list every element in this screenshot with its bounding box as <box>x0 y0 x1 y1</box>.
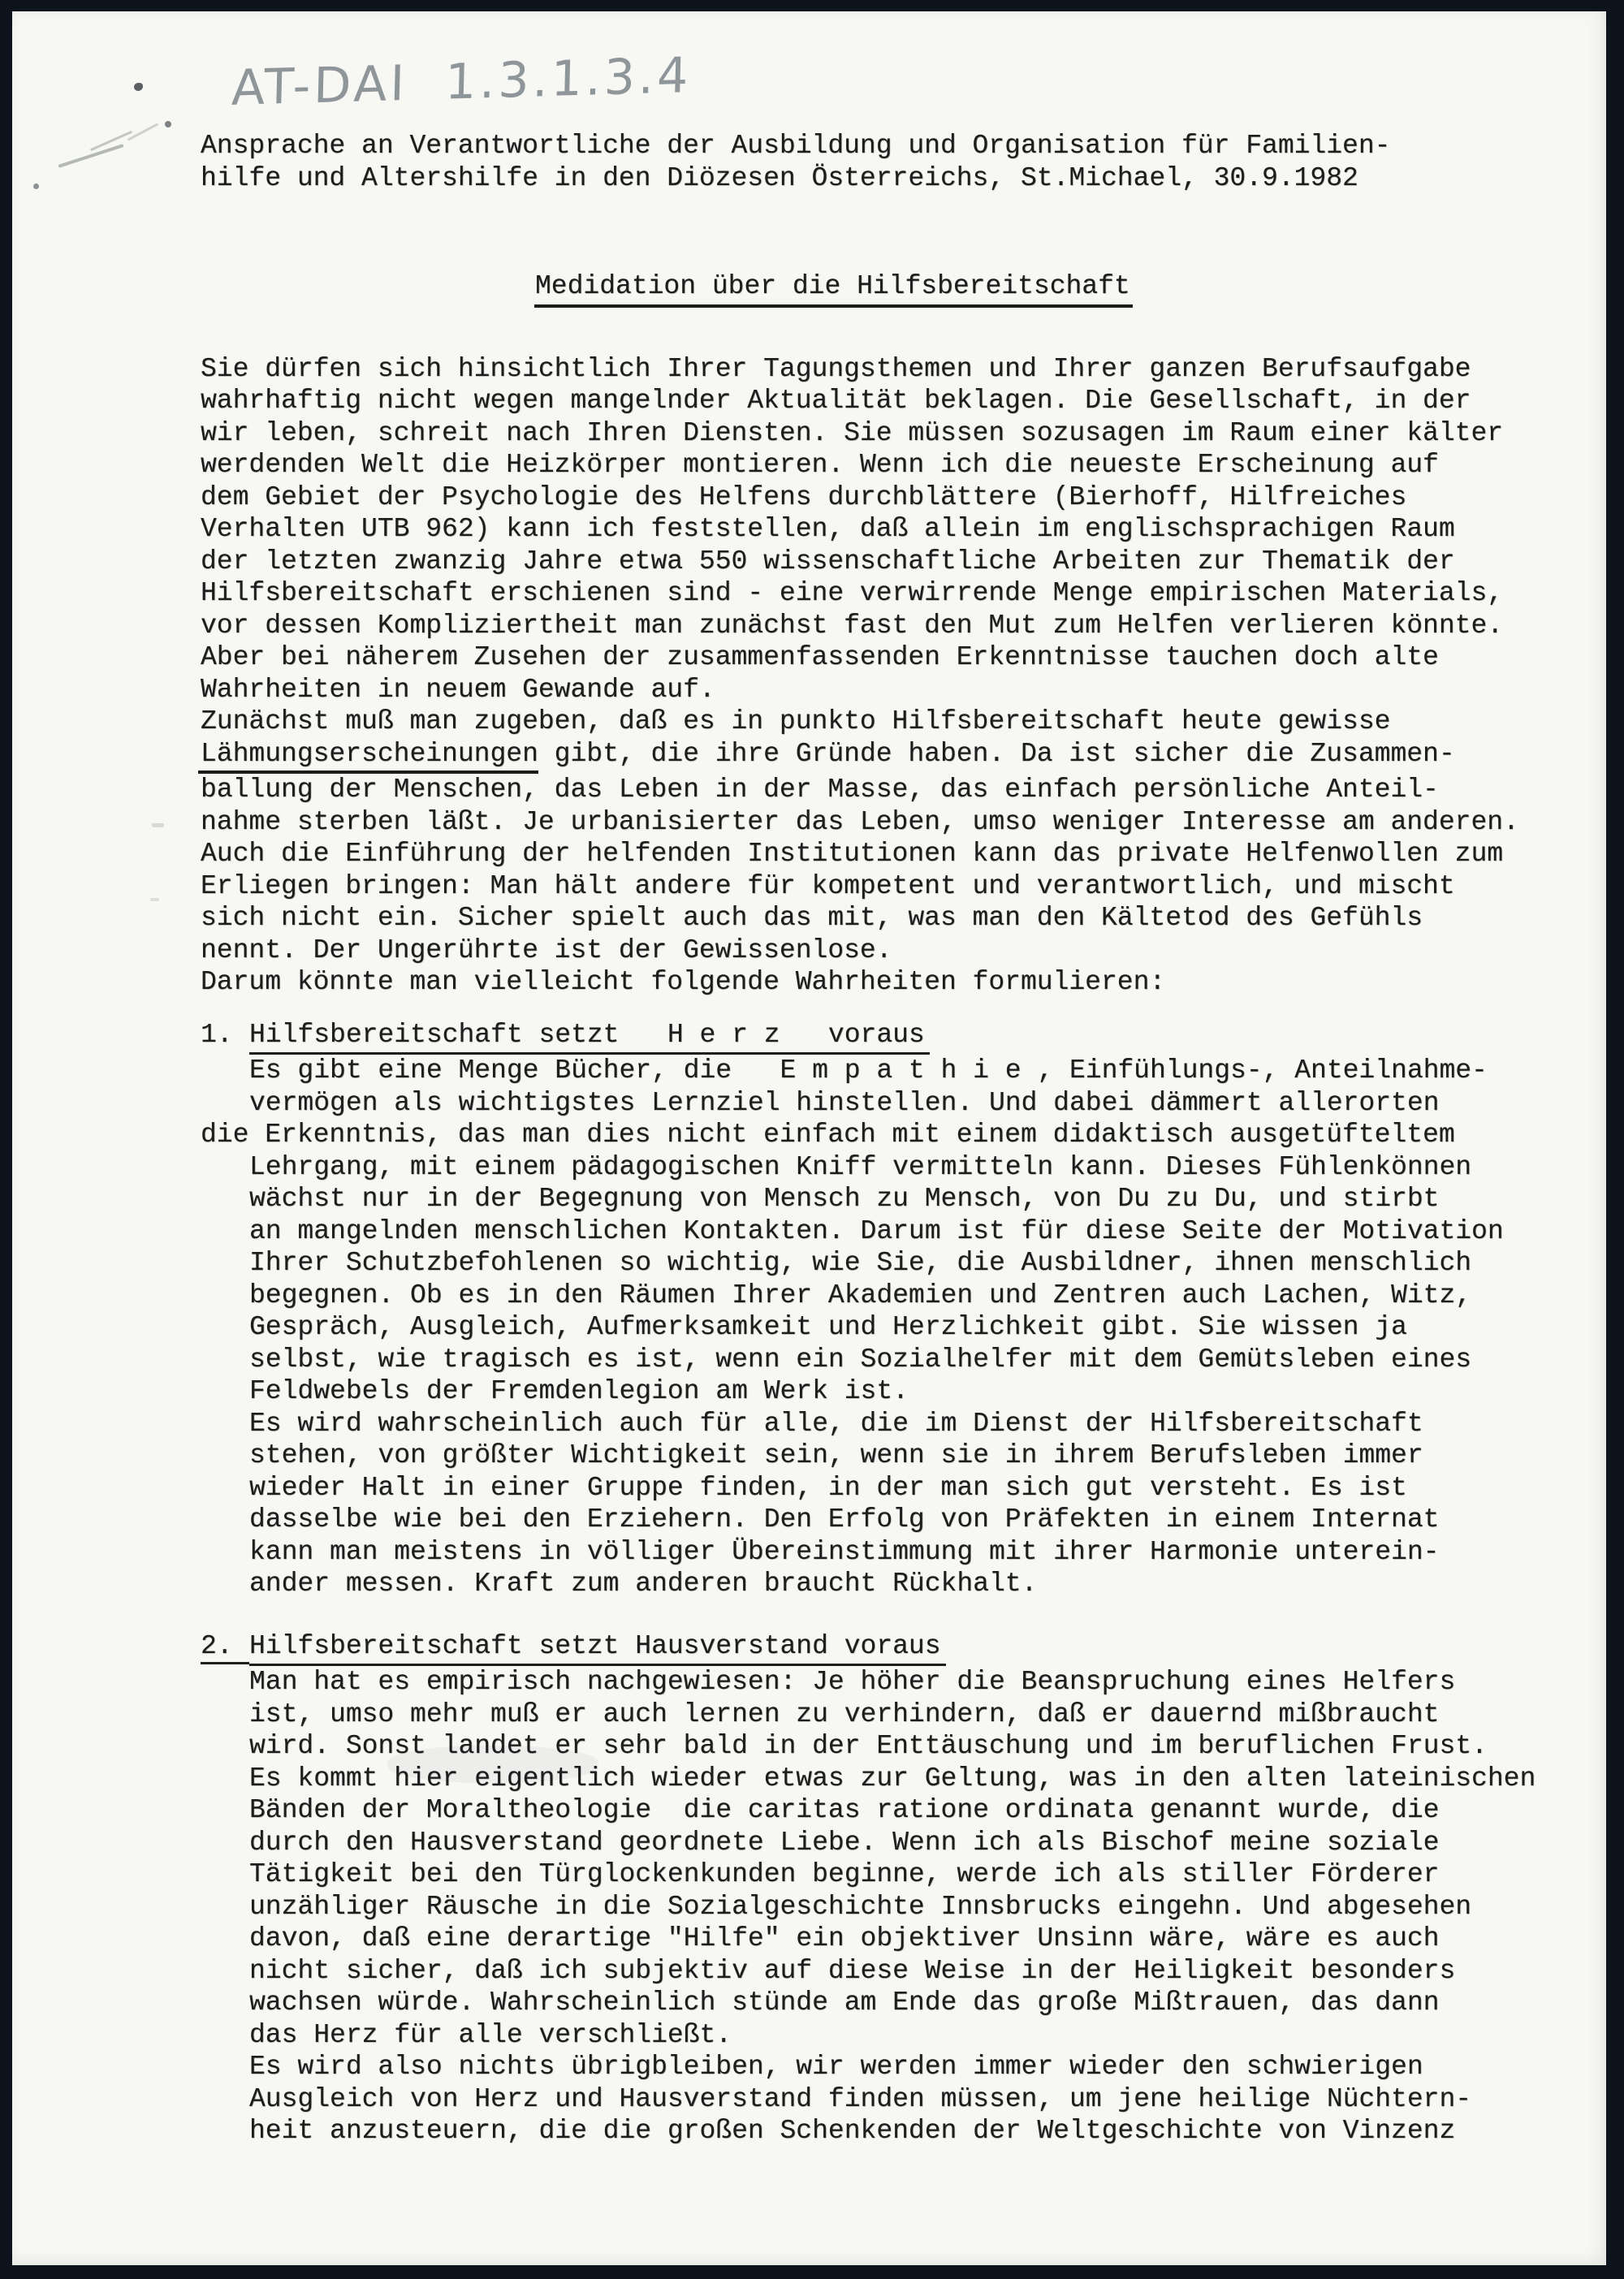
intro-underlined-line: Lähmungserscheinungen gibt, die ihre Grü… <box>201 738 1581 775</box>
section-2-body: Man hat es empirisch nachgewiesen: Je hö… <box>249 1666 1581 2147</box>
scan-artifact-mark <box>150 898 159 901</box>
section-1-heading-row: 1.Hilfsbereitschaft setzt H e r z voraus <box>201 1019 1581 1055</box>
pencil-smudge-streak <box>90 131 132 152</box>
section-2-number: 2. <box>201 1630 249 1665</box>
pencil-smudge-dot <box>134 83 143 91</box>
intro-paragraph-part1: Sie dürfen sich hinsichtlich Ihrer Tagun… <box>201 353 1581 738</box>
section-1-heading: Hilfsbereitschaft setzt H e r z voraus <box>249 1019 930 1055</box>
section-1-body-outdented-line: die Erkenntnis, das man dies nicht einfa… <box>201 1119 1581 1151</box>
section-2-heading: Hilfsbereitschaft setzt Hausverstand vor… <box>249 1630 946 1667</box>
scanned-page-background: { "colors": { "scanner_border": "#0c131c… <box>0 0 1624 2279</box>
scan-artifact-mark <box>152 823 164 827</box>
typed-content: Ansprache an Verantwortliche der Ausbild… <box>201 11 1581 2147</box>
intro-paragraph-part2: ballung der Menschen, das Leben in der M… <box>201 774 1581 999</box>
document-header: Ansprache an Verantwortliche der Ausbild… <box>201 11 1581 194</box>
section-2-heading-row: 2.Hilfsbereitschaft setzt Hausverstand v… <box>201 1630 1581 1667</box>
document-title-row: Medidation über die Hilfsbereitschaft <box>201 270 1581 308</box>
section-1-body-a: Es gibt eine Menge Bücher, die E m p a t… <box>249 1055 1581 1119</box>
pencil-smudge-dot <box>165 121 171 127</box>
section-1-body-b: Lehrgang, mit einem pädagogischen Kniff … <box>249 1151 1581 1600</box>
section-1: 1.Hilfsbereitschaft setzt H e r z voraus… <box>201 1019 1581 1600</box>
section-1-number: 1. <box>201 1019 249 1051</box>
document-title: Medidation über die Hilfsbereitschaft <box>534 270 1133 308</box>
underlined-term: Lähmungserscheinungen <box>198 738 538 775</box>
pencil-smudge-streak <box>58 144 123 168</box>
pencil-smudge-streak <box>127 123 158 140</box>
document-paper: AT-DAI 1.3.1.3.4 Ansprache an Verantwort… <box>12 11 1606 2265</box>
underlined-line-rest: gibt, die ihre Gründe haben. Da ist sich… <box>538 739 1455 769</box>
pencil-smudge-dot <box>33 183 39 189</box>
section-2: 2.Hilfsbereitschaft setzt Hausverstand v… <box>201 1630 1581 2147</box>
